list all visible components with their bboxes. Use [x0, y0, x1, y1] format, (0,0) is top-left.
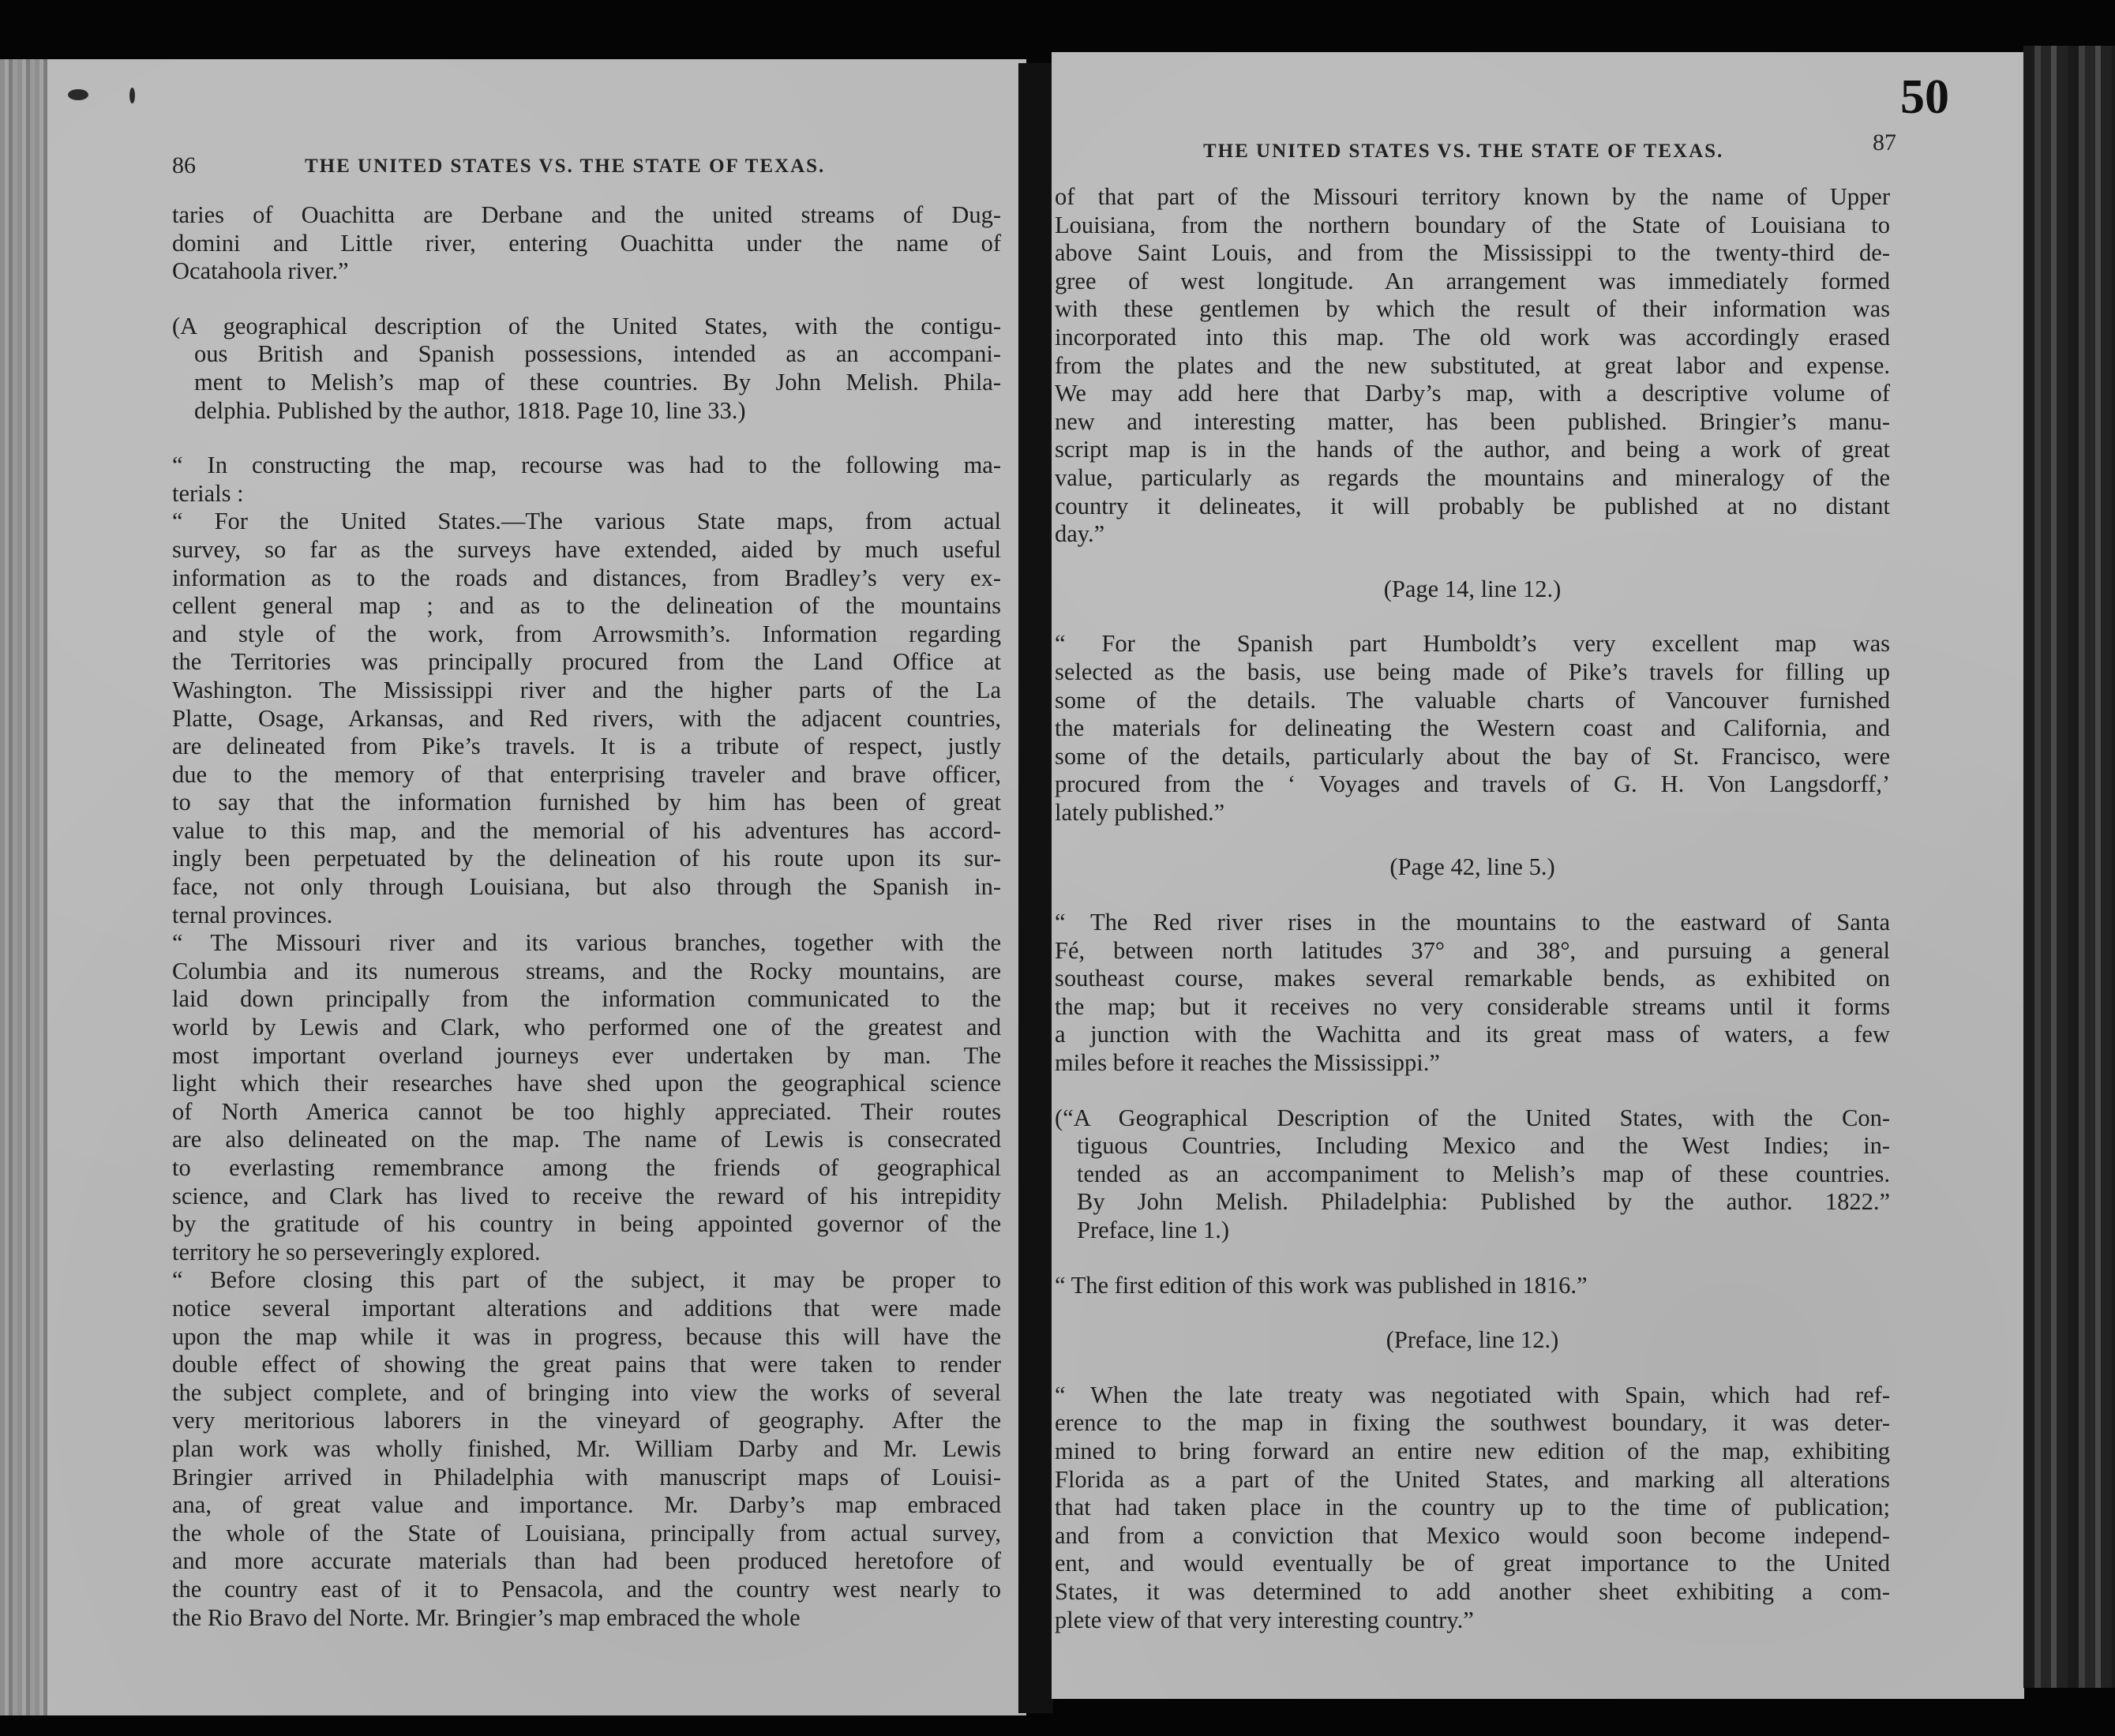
- text-line: “ The Red river rises in the mountains t…: [1055, 909, 1890, 937]
- text-line: Louisiana, from the northern boundary of…: [1055, 212, 1890, 240]
- text-line: mined to bring forward an entire new edi…: [1055, 1438, 1890, 1466]
- text-line: plete view of that very interesting coun…: [1055, 1607, 1890, 1635]
- block-gap: [172, 425, 1001, 452]
- text-line: Washington. The Mississippi river and th…: [172, 677, 1001, 705]
- text-line: ternal provinces.: [172, 902, 1001, 930]
- text-line: the subject complete, and of bringing in…: [172, 1379, 1001, 1408]
- text-line: a junction with the Wachitta and its gre…: [1055, 1021, 1890, 1049]
- right-page-text: of that part of the Missouri territory k…: [1055, 183, 1890, 1634]
- paragraph: “ The Missouri river and its various bra…: [172, 929, 1001, 1266]
- source-citation: (A geographical description of the Unite…: [172, 313, 1001, 425]
- text-line: very meritorious laborers in the vineyar…: [172, 1407, 1001, 1435]
- citation-reference: (Page 14, line 12.): [1055, 576, 1890, 604]
- text-line: incorporated into this map. The old work…: [1055, 324, 1890, 352]
- text-line: with these gentlemen by which the result…: [1055, 295, 1890, 324]
- text-line: Fé, between north latitudes 37° and 38°,…: [1055, 937, 1890, 965]
- text-line: most important overland journeys ever un…: [172, 1042, 1001, 1070]
- text-line: Platte, Osage, Arkansas, and Red rivers,…: [172, 705, 1001, 733]
- text-line: and more accurate materials than had bee…: [172, 1547, 1001, 1576]
- citation-reference: (Page 42, line 5.): [1055, 853, 1890, 882]
- text-line: “ The Missouri river and its various bra…: [172, 929, 1001, 958]
- text-line: miles before it reaches the Mississippi.…: [1055, 1049, 1890, 1078]
- text-line: ous British and Spanish possessions, int…: [194, 340, 1001, 369]
- page-number-left: 86: [172, 152, 196, 179]
- text-line: tiguous Countries, Including Mexico and …: [1077, 1132, 1890, 1160]
- text-line: plan work was wholly finished, Mr. Willi…: [172, 1435, 1001, 1464]
- text-line: ana, of great value and importance. Mr. …: [172, 1491, 1001, 1520]
- block-gap: [1055, 882, 1890, 909]
- citation-reference: (Preface, line 12.): [1055, 1326, 1890, 1355]
- text-line: above Saint Louis, and from the Mississi…: [1055, 239, 1890, 268]
- text-line: some of the details. The valuable charts…: [1055, 687, 1890, 715]
- text-line: delphia. Published by the author, 1818. …: [194, 397, 1001, 426]
- text-line: the materials for delineating the Wester…: [1055, 714, 1890, 743]
- text-line: value to this map, and the memorial of h…: [172, 817, 1001, 846]
- text-line: erence to the map in fixing the southwes…: [1055, 1409, 1890, 1438]
- text-line: are delineated from Pike’s travels. It i…: [172, 733, 1001, 761]
- text-line: “ In constructing the map, recourse was …: [172, 452, 1001, 480]
- running-head-left: THE UNITED STATES VS. THE STATE OF TEXAS…: [305, 156, 825, 178]
- stamp-number: 50: [1900, 69, 1949, 126]
- text-line: the Territories was principally procured…: [172, 648, 1001, 677]
- text-line: ingly been perpetuated by the delineatio…: [172, 845, 1001, 873]
- text-line: By John Melish. Philadelphia: Published …: [1077, 1188, 1890, 1217]
- text-line: that had taken place in the country up t…: [1055, 1494, 1890, 1522]
- text-line: gree of west longitude. An arrangement w…: [1055, 268, 1890, 296]
- paragraph: “ The Red river rises in the mountains t…: [1055, 909, 1890, 1078]
- paragraph: taries of Ouachitta are Derbane and the …: [172, 201, 1001, 286]
- text-line: country it delineates, it will probably …: [1055, 493, 1890, 521]
- text-line: the country east of it to Pensacola, and…: [172, 1576, 1001, 1604]
- text-line: some of the details, particularly about …: [1055, 743, 1890, 771]
- text-line: Columbia and its numerous streams, and t…: [172, 958, 1001, 986]
- text-line: and from a conviction that Mexico would …: [1055, 1522, 1890, 1550]
- text-line: cellent general map ; and as to the deli…: [172, 592, 1001, 621]
- paragraph: of that part of the Missouri territory k…: [1055, 183, 1890, 549]
- text-line: tended as an accompaniment to Melish’s m…: [1077, 1160, 1890, 1189]
- text-line: face, not only through Louisiana, but al…: [172, 873, 1001, 902]
- text-line: taries of Ouachitta are Derbane and the …: [172, 201, 1001, 230]
- text-line: “ For the United States.—The various Sta…: [172, 508, 1001, 536]
- paragraph: “ The first edition of this work was pub…: [1055, 1272, 1890, 1300]
- page-number-right: 87: [1873, 129, 1896, 156]
- text-line: Ocatahoola river.”: [172, 257, 1001, 286]
- text-line: due to the memory of that enterprising t…: [172, 761, 1001, 789]
- paragraph: “ In constructing the map, recourse was …: [172, 452, 1001, 508]
- left-page-text: taries of Ouachitta are Derbane and the …: [172, 201, 1001, 1632]
- text-line: upon the map while it was in progress, b…: [172, 1323, 1001, 1352]
- text-line: script map is in the hands of the author…: [1055, 436, 1890, 464]
- text-line: Bringier arrived in Philadelphia with ma…: [172, 1464, 1001, 1492]
- ink-smudge: [68, 89, 88, 100]
- text-line: (“A Geographical Description of the Unit…: [1055, 1104, 1890, 1133]
- text-line: Florida as a part of the United States, …: [1055, 1466, 1890, 1494]
- text-line: “ The first edition of this work was pub…: [1055, 1272, 1890, 1300]
- text-line: world by Lewis and Clark, who performed …: [172, 1014, 1001, 1042]
- text-line: “ When the late treaty was negotiated wi…: [1055, 1382, 1890, 1410]
- text-line: by the gratitude of his country in being…: [172, 1210, 1001, 1239]
- book-spine: [1018, 63, 1053, 1713]
- text-line: procured from the ‘ Voyages and travels …: [1055, 771, 1890, 799]
- page-edge-stack: [0, 59, 47, 1715]
- text-line: the Rio Bravo del Norte. Mr. Bringier’s …: [172, 1604, 1001, 1633]
- text-line: of that part of the Missouri territory k…: [1055, 183, 1890, 212]
- text-line: the whole of the State of Louisiana, pri…: [172, 1520, 1001, 1548]
- block-gap: [172, 286, 1001, 313]
- text-line: the map; but it receives no very conside…: [1055, 993, 1890, 1022]
- text-line: notice several important alterations and…: [172, 1295, 1001, 1323]
- block-gap: [1055, 827, 1890, 853]
- text-line: and style of the work, from Arrowsmith’s…: [172, 621, 1001, 649]
- paragraph: “ For the Spanish part Humboldt’s very e…: [1055, 630, 1890, 827]
- block-gap: [1055, 549, 1890, 576]
- text-line: to say that the information furnished by…: [172, 789, 1001, 817]
- block-gap: [1055, 1078, 1890, 1104]
- text-line: to everlasting remembrance among the fri…: [172, 1154, 1001, 1183]
- text-line: States, it was determined to add another…: [1055, 1578, 1890, 1607]
- text-line: new and interesting matter, has been pub…: [1055, 408, 1890, 437]
- text-line: (A geographical description of the Unite…: [172, 313, 1001, 341]
- page-edge-stack-right: [2023, 46, 2115, 1688]
- text-line: day.”: [1055, 520, 1890, 549]
- text-line: laid down principally from the informati…: [172, 985, 1001, 1014]
- text-line: of North America cannot be too highly ap…: [172, 1098, 1001, 1127]
- text-line: terials :: [172, 480, 1001, 508]
- text-line: Preface, line 1.): [1077, 1217, 1890, 1245]
- running-head-right: THE UNITED STATES VS. THE STATE OF TEXAS…: [1203, 141, 1723, 163]
- block-gap: [1055, 1245, 1890, 1272]
- left-page: 86 THE UNITED STATES VS. THE STATE OF TE…: [0, 59, 1026, 1715]
- ink-smudge: [129, 88, 135, 103]
- block-gap: [1055, 603, 1890, 630]
- block-gap: [1055, 1355, 1890, 1382]
- paragraph: “ For the United States.—The various Sta…: [172, 508, 1001, 929]
- block-gap: [1055, 1299, 1890, 1326]
- right-page: 50 THE UNITED STATES VS. THE STATE OF TE…: [1052, 52, 2024, 1699]
- paragraph: “ When the late treaty was negotiated wi…: [1055, 1382, 1890, 1634]
- text-line: “ For the Spanish part Humboldt’s very e…: [1055, 630, 1890, 658]
- text-line: double effect of showing the great pains…: [172, 1351, 1001, 1379]
- source-citation: (“A Geographical Description of the Unit…: [1055, 1104, 1890, 1245]
- text-line: domini and Little river, entering Ouachi…: [172, 230, 1001, 258]
- text-line: southeast course, makes several remarkab…: [1055, 965, 1890, 993]
- paragraph: “ Before closing this part of the subjec…: [172, 1266, 1001, 1632]
- text-line: ent, and would eventually be of great im…: [1055, 1550, 1890, 1578]
- text-line: ment to Melish’s map of these countries.…: [194, 369, 1001, 397]
- text-line: are also delineated on the map. The name…: [172, 1126, 1001, 1154]
- text-line: selected as the basis, use being made of…: [1055, 658, 1890, 687]
- text-line: “ Before closing this part of the subjec…: [172, 1266, 1001, 1295]
- text-line: science, and Clark has lived to receive …: [172, 1183, 1001, 1211]
- text-line: We may add here that Darby’s map, with a…: [1055, 380, 1890, 408]
- text-line: from the plates and the new substituted,…: [1055, 352, 1890, 381]
- text-line: lately published.”: [1055, 799, 1890, 827]
- text-line: value, particularly as regards the mount…: [1055, 464, 1890, 493]
- text-line: information as to the roads and distance…: [172, 564, 1001, 593]
- text-line: survey, so far as the surveys have exten…: [172, 536, 1001, 564]
- text-line: light which their researches have shed u…: [172, 1070, 1001, 1098]
- text-line: territory he so perseveringly explored.: [172, 1239, 1001, 1267]
